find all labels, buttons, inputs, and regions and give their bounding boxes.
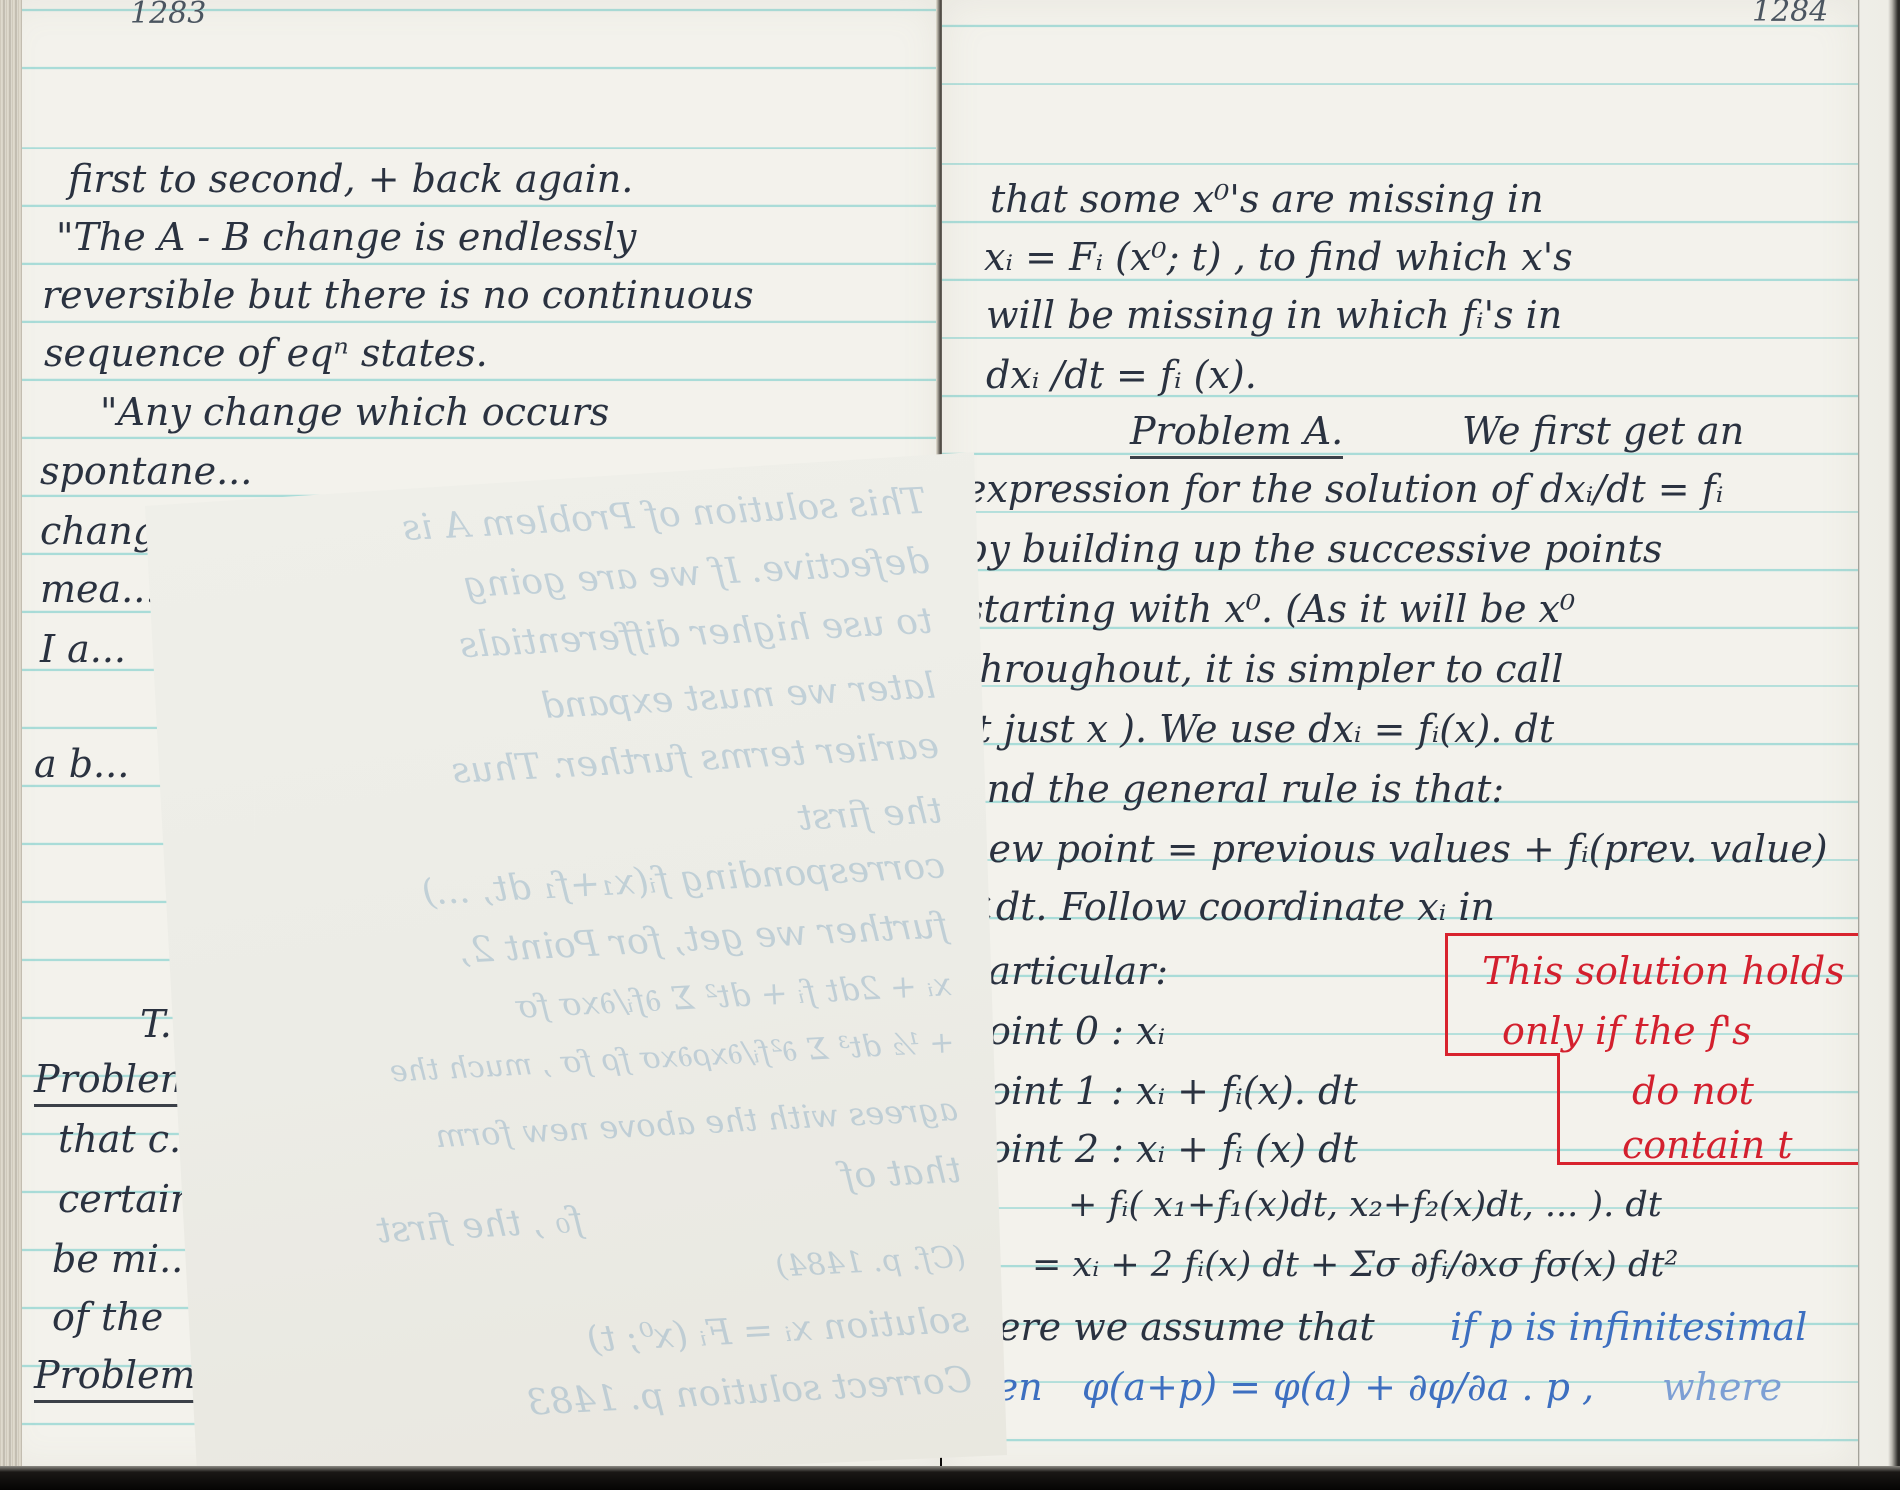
- handwritten-line: expression for the solution of dxᵢ/dt = …: [964, 470, 1723, 508]
- mirrored-line: further we get, for Point 2,: [458, 905, 949, 972]
- assumption-blue-text: if p is infinitesimal: [1450, 1308, 1807, 1346]
- mirrored-line: corresponding fᵢ(x₁+f₁ dt, ...): [421, 845, 946, 913]
- handwritten-line: new point = previous values + fᵢ(prev. v…: [964, 830, 1828, 868]
- right-notebook-page: 1284 that some x⁰'s are missing in xᵢ = …: [942, 0, 1858, 1472]
- mirrored-line: earlier terms further. Thus: [451, 725, 940, 791]
- show-through-text: This solution of Problem A is defective.…: [124, 449, 1015, 1490]
- handwritten-line: of the: [52, 1298, 163, 1336]
- red-note-line: only if the f's: [1502, 1012, 1752, 1050]
- red-note-line: contain t: [1622, 1126, 1793, 1164]
- handwritten-line: dxᵢ /dt = fᵢ (x).: [986, 356, 1257, 394]
- handwritten-line: that some x⁰'s are missing in: [990, 180, 1544, 218]
- point-0-line: Point 0 : xᵢ: [964, 1012, 1165, 1050]
- problem-heading: Problem: [34, 1356, 196, 1403]
- mirrored-line: later we must expand: [540, 666, 937, 728]
- handwritten-line: xᵢ = Fᵢ (x⁰; t) , to find which x's: [984, 238, 1573, 276]
- problem-heading: Problem: [34, 1060, 196, 1107]
- page-number-left: 1283: [130, 0, 206, 31]
- handwritten-line: it just x ). We use dxᵢ = fᵢ(x). dt: [964, 710, 1554, 748]
- handwritten-line: We first get an: [1462, 412, 1744, 450]
- handwritten-line: reversible but there is no continuous: [42, 276, 754, 314]
- point-2-expansion: + fᵢ( x₁+f₁(x)dt, x₂+f₂(x)dt, ... ). dt: [1068, 1188, 1662, 1223]
- handwritten-line: spontane...: [40, 452, 252, 490]
- handwritten-line: I a...: [40, 630, 126, 668]
- handwritten-line: certain: [58, 1180, 195, 1218]
- point-2-line: Point 2 : xᵢ + fᵢ (x) dt: [964, 1130, 1358, 1168]
- handwritten-where: where: [1662, 1368, 1782, 1406]
- mirrored-line: agrees with the above new form: [434, 1090, 958, 1155]
- page-stack-edge: [0, 0, 22, 1472]
- page-stack-edge-right: [1858, 0, 1900, 1472]
- mirrored-line: defective. If we are going: [463, 541, 931, 606]
- handwritten-line: will be missing in which fᵢ's in: [986, 296, 1562, 334]
- point-1-line: Point 1 : xᵢ + fᵢ(x). dt: [964, 1072, 1358, 1110]
- handwritten-line: starting with x⁰. (As it will be x⁰: [964, 590, 1575, 628]
- handwritten-line: and the general rule is that:: [964, 770, 1504, 808]
- page-number-right: 1284: [1752, 0, 1828, 29]
- problem-a-heading: Problem A.: [1130, 412, 1343, 459]
- handwritten-line: sequence of eqⁿ states.: [44, 334, 488, 372]
- mirrored-line: (Cf. p. 1484): [775, 1240, 967, 1285]
- handwritten-line: first to second, + back again.: [68, 160, 633, 198]
- handwritten-line: by building up the successive points: [964, 530, 1662, 568]
- handwritten-line: be mi...: [52, 1240, 195, 1278]
- mirrored-line: to use higher differentials: [458, 601, 933, 667]
- handwritten-line: mea...: [40, 570, 157, 608]
- mirrored-line: This solution of Problem A is: [401, 481, 927, 549]
- mirrored-line: f₀ , the first: [376, 1200, 585, 1252]
- mirrored-line: solution xᵢ = Fᵢ (x⁰; t): [586, 1300, 970, 1361]
- handwritten-line: "Any change which occurs: [100, 393, 609, 431]
- point-2-result: = xᵢ + 2 fᵢ(x) dt + Σσ ∂fᵢ/∂xσ fσ(x) dt²: [1032, 1248, 1678, 1283]
- handwritten-line: throughout, it is simpler to call: [964, 650, 1563, 688]
- taylor-formula: φ(a+p) = φ(a) + ∂φ/∂a . p ,: [1082, 1368, 1594, 1406]
- mirrored-line: xᵢ + 2dt fᵢ + dt² Σ ∂fᵢ/∂xσ fσ: [515, 965, 952, 1026]
- handwritten-line: a b...: [34, 745, 129, 783]
- assumption-line: (Here we assume that: [950, 1308, 1375, 1346]
- table-background-edge: [0, 1466, 1900, 1490]
- handwritten-line: "The A - B change is endlessly: [56, 218, 636, 256]
- mirrored-line: that of: [840, 1150, 962, 1197]
- handwritten-line: ×dt. Follow coordinate xᵢ in: [964, 888, 1495, 926]
- handwritten-line: particular:: [964, 952, 1168, 990]
- red-note-line: This solution holds: [1482, 952, 1845, 990]
- red-note-line: do not: [1632, 1072, 1754, 1110]
- mirrored-line: the first: [797, 790, 944, 839]
- mirrored-line: Correct solution p. 1483: [526, 1360, 973, 1424]
- mirrored-line: + ½ dt³ Σ ∂²fᵢ/∂xρ∂xσ fρ fσ , much the: [389, 1025, 955, 1090]
